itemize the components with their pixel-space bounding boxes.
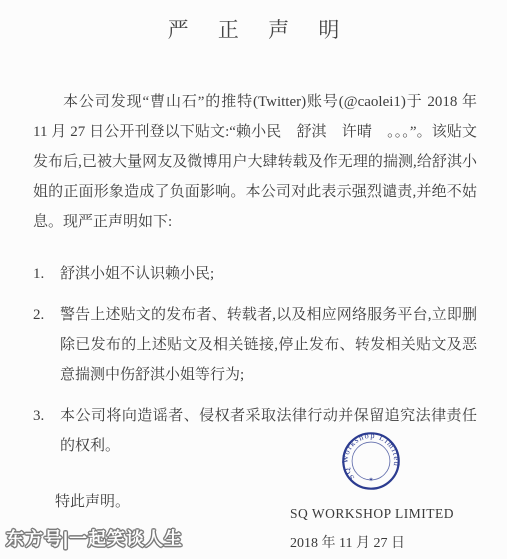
seal-inner-ring [352, 442, 390, 480]
seal-svg: SQ Workshop Limited ✶ [335, 425, 407, 497]
company-name: SQ WORKSHOP LIMITED [290, 506, 452, 522]
statement-document: 严 正 声 明 本公司发现“曹山石”的推特(Twitter)账号(@caolei… [0, 0, 507, 559]
seal-curved-text: SQ Workshop Limited [341, 431, 401, 482]
opening-paragraph: 本公司发现“曹山石”的推特(Twitter)账号(@caolei1)于 2018… [33, 87, 477, 237]
seal-star-icon: ✶ [368, 476, 373, 483]
watermark-text: 东方号|一起笑谈人生 [6, 525, 183, 551]
item-text: 警告上述贴文的发布者、转载者,以及相应网络服务平台,立即删除已发布的上述贴文及相… [60, 300, 477, 390]
signature-block: SQ Workshop Limited ✶ SQ WORKSHOP LIMITE… [290, 425, 452, 552]
page-title: 严 正 声 明 [0, 14, 507, 44]
item-number: 3. [33, 401, 60, 461]
statement-date: 2018 年 11 月 27 日 [290, 532, 452, 552]
company-seal-stamp-icon: SQ Workshop Limited ✶ [335, 425, 407, 502]
statement-item-1: 1. 舒淇小姐不认识赖小民; [33, 259, 477, 289]
item-number: 1. [33, 259, 60, 289]
item-text: 舒淇小姐不认识赖小民; [60, 259, 477, 289]
item-number: 2. [33, 300, 60, 390]
statement-item-2: 2. 警告上述贴文的发布者、转载者,以及相应网络服务平台,立即删除已发布的上述贴… [33, 300, 477, 390]
